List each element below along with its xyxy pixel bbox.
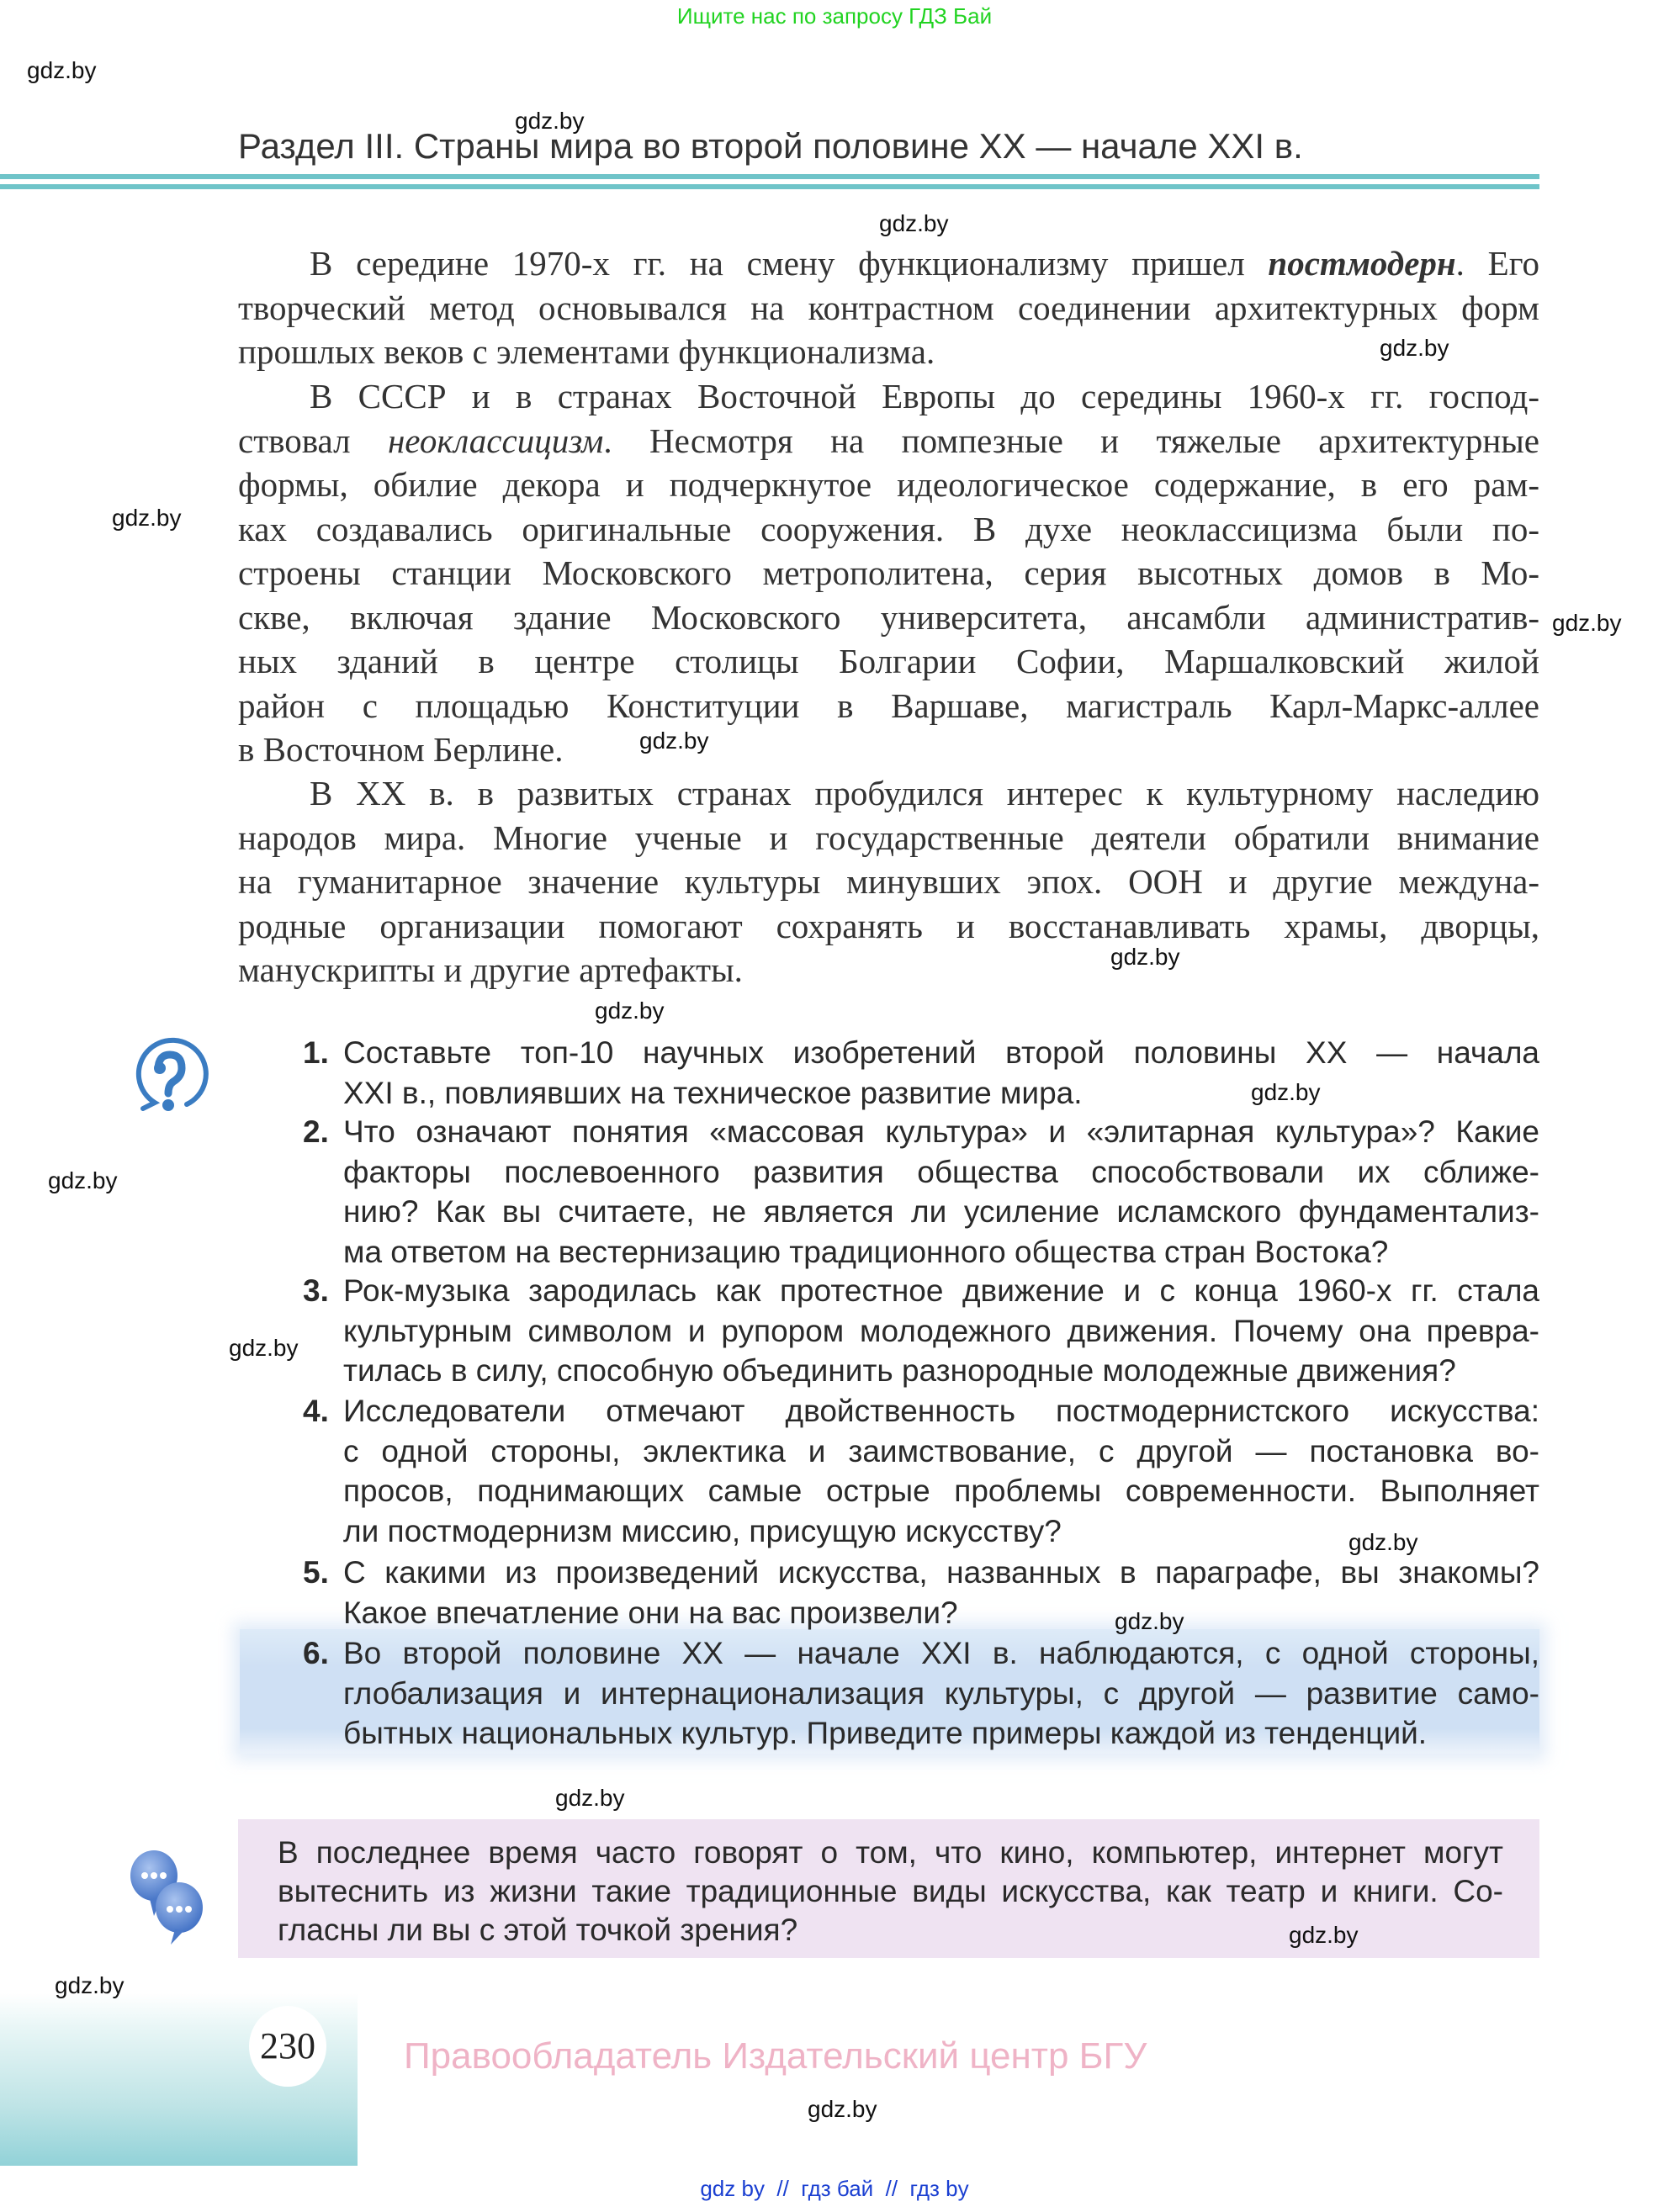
body-text-segment: . Несмотря на помпезные и тяжелые архите… [603, 421, 1539, 460]
question-line: XXI в., повлиявших на техническое развит… [343, 1073, 1539, 1114]
question-line: культурным символом и рупором молодежног… [343, 1311, 1539, 1352]
question-line: нию? Как вы считаете, не является ли уси… [343, 1192, 1539, 1232]
watermark: gdz.by [1251, 1079, 1321, 1106]
watermark: gdz.by [515, 108, 585, 135]
body-line: родные организации помогают сохранять и … [238, 904, 1539, 948]
body-line: творческий метод основывался на контраст… [238, 286, 1539, 330]
watermark: gdz.by [879, 210, 949, 237]
watermark: gdz.by [1115, 1608, 1184, 1635]
question-line: глобализация и интернационализация культ… [343, 1674, 1539, 1714]
watermark: gdz.by [55, 1972, 125, 1999]
question-number: 4. [303, 1391, 329, 1431]
watermark: gdz.by [229, 1335, 299, 1362]
question-line: факторы послевоенного развития общества … [343, 1152, 1539, 1193]
question-line: просов, поднимающих самые острые проблем… [343, 1471, 1539, 1511]
discussion-line: В последнее время часто говорят о том, ч… [278, 1834, 1503, 1872]
body-line: на гуманитарное значение культуры минувш… [238, 860, 1539, 903]
question-number: 6. [303, 1633, 329, 1674]
question-line: С какими из произведений искусства, назв… [343, 1553, 1539, 1593]
body-line: район с площадью Конституции в Варшаве, … [238, 684, 1539, 728]
discussion-bubbles-icon [129, 1842, 209, 1947]
body-line: ных зданий в центре столицы Болгарии Соф… [238, 639, 1539, 683]
body-text-segment: В середине 1970-х гг. на смену функциона… [310, 244, 1268, 283]
watermark: gdz.by [1552, 610, 1622, 637]
question-line: бытных национальных культур. Приведите п… [343, 1713, 1539, 1754]
emphasized-term: постмодерн [1268, 244, 1455, 283]
question-line: Рок-музыка зародилась как протестное дви… [343, 1271, 1539, 1311]
watermark: gdz.by [1110, 944, 1180, 971]
body-line: формы, обилие декора и подчеркнутое идео… [238, 463, 1539, 506]
question-line: Что означают понятия «массовая культура»… [343, 1112, 1539, 1152]
question-number: 2. [303, 1112, 329, 1152]
footer-links-text[interactable]: gdz by // гдз бай // гдз by [700, 2176, 968, 2201]
body-text-segment: ствовал [238, 421, 388, 460]
question-line: ма ответом на вестернизацию традиционног… [343, 1232, 1539, 1273]
question-bubble-icon [126, 1036, 210, 1120]
footer-links[interactable]: gdz by // гдз бай // гдз by [0, 2176, 1669, 2202]
body-line: В XX в. в развитых странах пробудился ин… [310, 771, 1539, 815]
question-line: Составьте топ-10 научных изобретений вто… [343, 1033, 1539, 1073]
watermark: gdz.by [1289, 1922, 1359, 1949]
body-line: ках создавались оригинальные сооружения.… [238, 507, 1539, 551]
watermark: gdz.by [112, 505, 182, 532]
top-banner: Ищите нас по запросу ГДЗ Бай [0, 3, 1669, 29]
question-line: Исследователи отмечают двойственность по… [343, 1391, 1539, 1431]
body-line: скве, включая здание Московского универс… [238, 595, 1539, 639]
question-number: 5. [303, 1553, 329, 1593]
question-line: Какое впечатление они на вас произвели? [343, 1593, 1539, 1633]
watermark: gdz.by [1380, 335, 1449, 362]
question-line: Во второй половине XX — начале XXI в. на… [343, 1633, 1539, 1674]
body-text-segment: . Его [1456, 244, 1539, 283]
header-rule-bottom [0, 184, 1539, 189]
page-number: 230 [249, 2006, 326, 2087]
watermark: gdz.by [639, 728, 709, 754]
watermark: gdz.by [48, 1167, 118, 1194]
copyright-notice: Правообладатель Издательский центр БГУ [404, 2035, 1147, 2077]
watermark: gdz.by [27, 57, 97, 84]
body-line: прошлых веков с элементами функционализм… [238, 330, 1539, 373]
watermark: gdz.by [595, 998, 665, 1024]
watermark: gdz.by [555, 1785, 625, 1812]
body-line: народов мира. Многие ученые и государств… [238, 816, 1539, 860]
question-line: тилась в силу, способную объединить разн… [343, 1351, 1539, 1391]
body-line: манускрипты и другие артефакты. [238, 948, 1539, 992]
body-line: ствовал неоклассицизм. Несмотря на помпе… [238, 419, 1539, 463]
question-line: с одной стороны, эклектика и заимствован… [343, 1431, 1539, 1472]
body-line: строены станции Московского метрополитен… [238, 551, 1539, 595]
section-title: Раздел III. Страны мира во второй полови… [238, 126, 1303, 167]
watermark: gdz.by [808, 2096, 877, 2123]
body-line: В СССР и в странах Восточной Европы до с… [310, 374, 1539, 418]
emphasized-term: неоклассицизм [388, 421, 603, 460]
question-number: 3. [303, 1271, 329, 1311]
question-number: 1. [303, 1033, 329, 1073]
discussion-line: вытеснить из жизни такие традиционные ви… [278, 1872, 1503, 1911]
body-line: в Восточном Берлине. [238, 728, 1539, 771]
body-line: В середине 1970-х гг. на смену функциона… [310, 241, 1539, 285]
watermark: gdz.by [1348, 1529, 1418, 1556]
header-rule-top [0, 174, 1539, 179]
